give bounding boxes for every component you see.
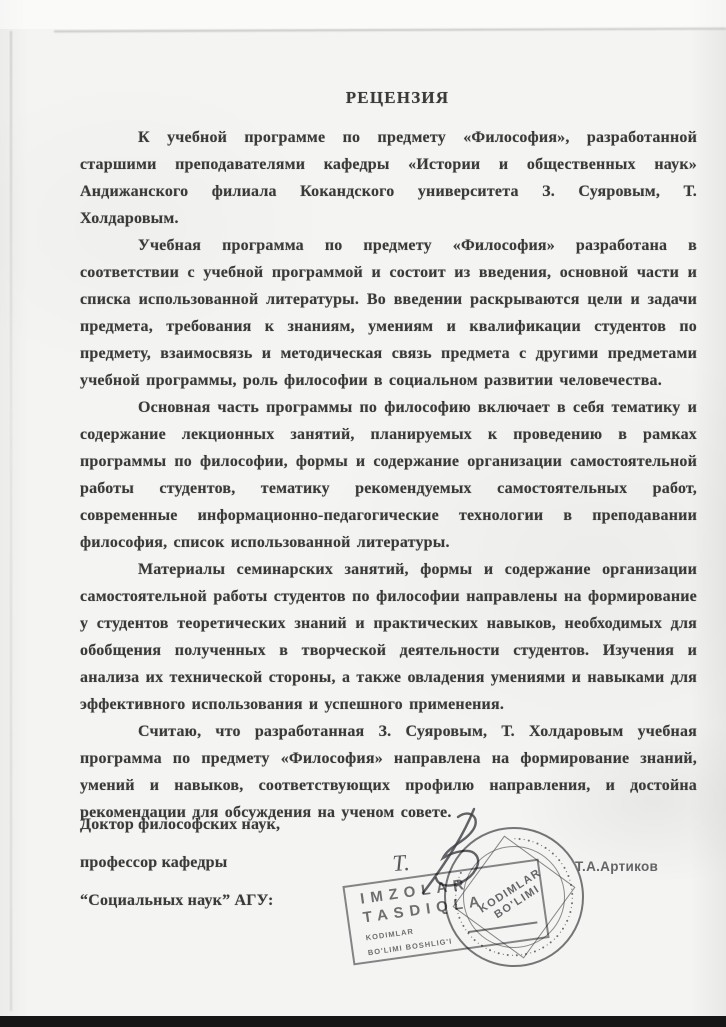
scan-bottom-bar — [0, 1016, 726, 1027]
handwritten-initial: Т. — [392, 850, 411, 876]
paragraph-main-part: Основная часть программы по философию вк… — [80, 394, 697, 556]
document-body: РЕЦЕНЗИЯ К учебной программе по предмету… — [80, 84, 697, 826]
paragraph-intro: К учебной программе по предмету «Философ… — [80, 124, 697, 232]
page-edge-left — [10, 31, 12, 1011]
paragraph-seminars: Материалы семинарских занятий, формы и с… — [80, 556, 697, 718]
scan-top-margin — [0, 0, 726, 29]
round-seal-stamp: ·•·•·•·•·•·•·•·•·•·•·•·•·•·•·•·•·•·•·•·•… — [444, 827, 584, 967]
scanned-review-page: РЕЦЕНЗИЯ К учебной программе по предмету… — [0, 0, 726, 1027]
reviewer-name: Т.А.Артиков — [575, 859, 658, 874]
paragraph-structure: Учебная программа по предмету «Философия… — [80, 232, 697, 394]
page-title: РЕЦЕНЗИЯ — [98, 84, 697, 111]
signer-position: профессор кафедры — [80, 844, 400, 882]
signer-degree: Доктор философских наук, — [80, 806, 400, 844]
